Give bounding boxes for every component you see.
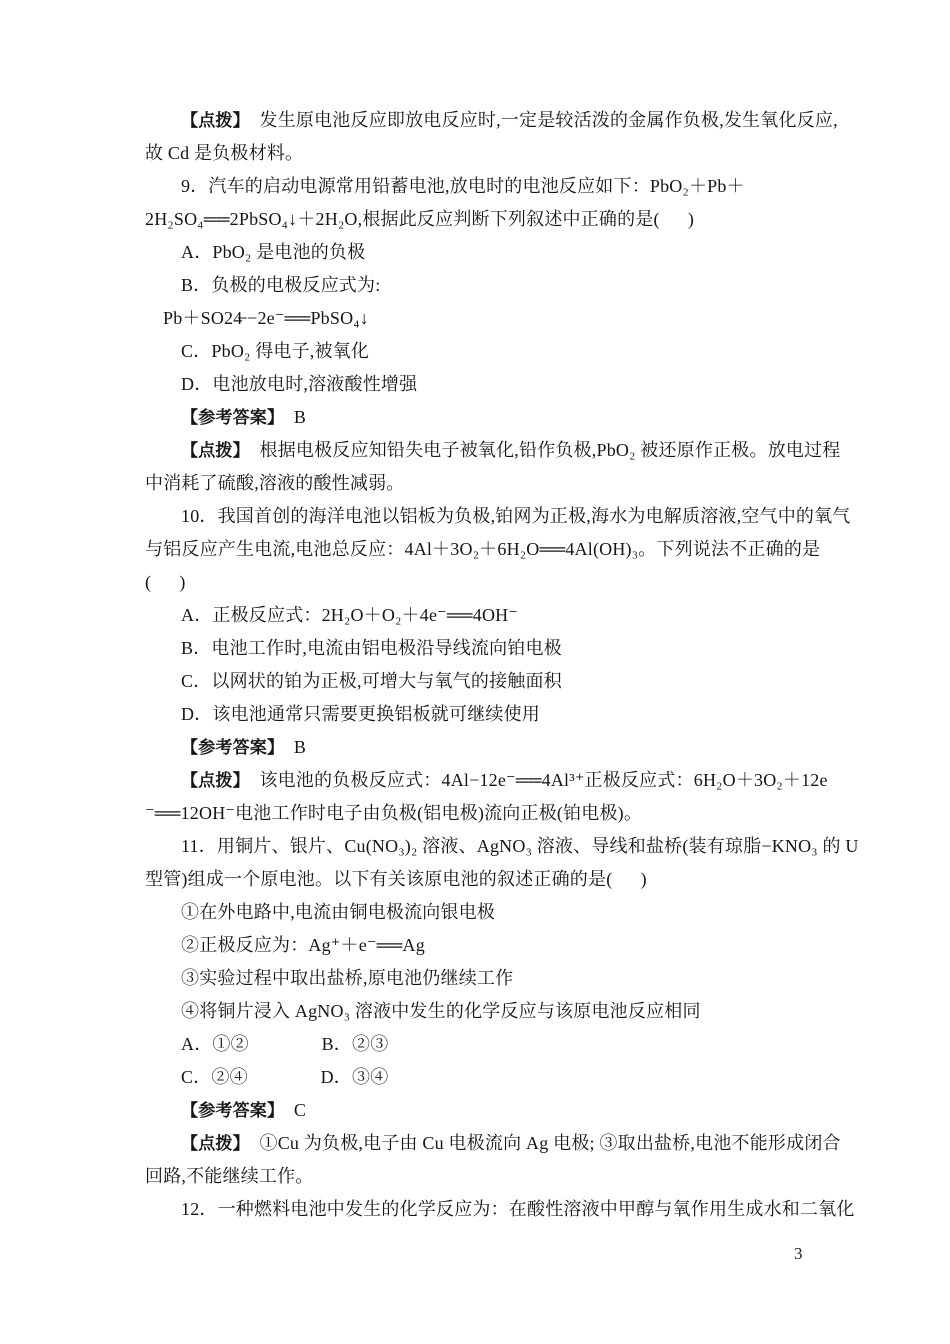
emphasis-label: 【参考答案】: [181, 1101, 276, 1121]
emphasis-label: 【点拨】: [181, 441, 241, 461]
text-run: A．PbO₂ 是电池的负极: [181, 242, 365, 262]
emphasis-label: 【点拨】: [181, 1134, 241, 1154]
emphasis-label: 【参考答案】: [181, 408, 276, 428]
text-line: 2H₂SO₄══2PbSO₄↓＋2H₂O,根据此反应判断下列叙述中正确的是( ): [145, 203, 885, 236]
emphasis-label: 【点拨】: [181, 111, 241, 131]
text-run: 2H₂SO₄══2PbSO₄↓＋2H₂O,根据此反应判断下列叙述中正确的是( ): [145, 209, 694, 229]
text-line: B．负极的电极反应式为:: [145, 269, 885, 302]
text-line: 【点拨】 ①Cu 为负极,电子由 Cu 电极流向 Ag 电极; ③取出盐桥,电池…: [145, 1127, 885, 1160]
text-run: B: [276, 737, 306, 757]
text-run: ⁻══12OH⁻电池工作时电子由负极(铝电极)流向正极(铂电极)。: [145, 803, 642, 823]
text-line: 中消耗了硫酸,溶液的酸性减弱。: [145, 467, 885, 500]
text-run: ①在外电路中,电流由铜电极流向银电极: [181, 902, 495, 922]
text-run: B: [276, 407, 306, 427]
text-line: ①在外电路中,电流由铜电极流向银电极: [145, 896, 885, 929]
text-line: Pb＋SO24̶ −2e⁻══PbSO₄↓: [145, 302, 885, 335]
text-run: 回路,不能继续工作。: [145, 1166, 314, 1186]
text-run: ②正极反应为：Ag⁺＋e⁻══Ag: [181, 935, 425, 955]
document-page: 【点拨】 发生原电池反应即放电反应时,一定是较活泼的金属作负极,发生氧化反应,故…: [0, 0, 950, 1344]
emphasis-label: 【点拨】: [181, 771, 241, 791]
text-run: ④将铜片浸入 AgNO₃ 溶液中发生的化学反应与该原电池反应相同: [181, 1001, 701, 1021]
text-line: 回路,不能继续工作。: [145, 1160, 885, 1193]
text-run: D．该电池通常只需要更换铝板就可继续使用: [181, 704, 540, 724]
text-run: 与铝反应产生电流,电池总反应：4Al＋3O₂＋6H₂O══4Al(OH)₃。下列…: [145, 539, 820, 559]
text-run: D．电池放电时,溶液酸性增强: [181, 374, 417, 394]
text-run: B．负极的电极反应式为:: [181, 275, 380, 295]
document-lines: 【点拨】 发生原电池反应即放电反应时,一定是较活泼的金属作负极,发生氧化反应,故…: [145, 104, 885, 1226]
text-line: D．电池放电时,溶液酸性增强: [145, 368, 885, 401]
text-line: A．①② B．②③: [145, 1028, 885, 1061]
emphasis-label: 【参考答案】: [181, 738, 276, 758]
text-run: 中消耗了硫酸,溶液的酸性减弱。: [145, 473, 405, 493]
text-line: A．正极反应式：2H₂O＋O₂＋4e⁻══4OH⁻: [145, 599, 885, 632]
text-run: 该电池的负极反应式：4Al−12e⁻══4Al³⁺正极反应式：6H₂O＋3O₂＋…: [241, 770, 827, 790]
text-line: ( ): [145, 566, 885, 599]
text-run: 故 Cd 是负极材料。: [145, 143, 303, 163]
text-line: 【点拨】 根据电极反应知铅失电子被氧化,铅作负极,PbO₂ 被还原作正极。放电过…: [145, 434, 885, 467]
text-line: A．PbO₂ 是电池的负极: [145, 236, 885, 269]
text-line: 9．汽车的启动电源常用铅蓄电池,放电时的电池反应如下：PbO₂＋Pb＋: [145, 170, 885, 203]
text-run: ③实验过程中取出盐桥,原电池仍继续工作: [181, 968, 513, 988]
text-run: C: [276, 1100, 306, 1120]
text-line: C．②④ D．③④: [145, 1061, 885, 1094]
text-line: 【参考答案】 C: [145, 1094, 885, 1127]
text-run: 12．一种燃料电池中发生的化学反应为：在酸性溶液中甲醇与氧作用生成水和二氧化: [181, 1199, 855, 1219]
text-line: D．该电池通常只需要更换铝板就可继续使用: [145, 698, 885, 731]
text-line: ⁻══12OH⁻电池工作时电子由负极(铝电极)流向正极(铂电极)。: [145, 797, 885, 830]
text-run: A．①② B．②③: [181, 1034, 388, 1054]
text-run: A．正极反应式：2H₂O＋O₂＋4e⁻══4OH⁻: [181, 605, 518, 625]
text-line: 12．一种燃料电池中发生的化学反应为：在酸性溶液中甲醇与氧作用生成水和二氧化: [145, 1193, 885, 1226]
text-line: 故 Cd 是负极材料。: [145, 137, 885, 170]
text-run: C．PbO₂ 得电子,被氧化: [181, 341, 369, 361]
text-line: 【参考答案】 B: [145, 401, 885, 434]
text-line: ②正极反应为：Ag⁺＋e⁻══Ag: [145, 929, 885, 962]
text-run: 9．汽车的启动电源常用铅蓄电池,放电时的电池反应如下：PbO₂＋Pb＋: [181, 176, 745, 196]
text-run: Pb＋SO24̶ −2e⁻══PbSO₄↓: [163, 308, 369, 328]
text-line: 【点拨】 发生原电池反应即放电反应时,一定是较活泼的金属作负极,发生氧化反应,: [145, 104, 885, 137]
text-line: ④将铜片浸入 AgNO₃ 溶液中发生的化学反应与该原电池反应相同: [145, 995, 885, 1028]
text-line: C．PbO₂ 得电子,被氧化: [145, 335, 885, 368]
text-run: 型管)组成一个原电池。以下有关该原电池的叙述正确的是( ): [145, 869, 647, 889]
text-line: 11．用铜片、银片、Cu(NO₃)₂ 溶液、AgNO₃ 溶液、导线和盐桥(装有琼…: [145, 830, 885, 863]
text-run: 11．用铜片、银片、Cu(NO₃)₂ 溶液、AgNO₃ 溶液、导线和盐桥(装有琼…: [181, 836, 859, 856]
text-run: ①Cu 为负极,电子由 Cu 电极流向 Ag 电极; ③取出盐桥,电池不能形成闭…: [241, 1133, 840, 1153]
text-line: 【参考答案】 B: [145, 731, 885, 764]
text-line: 与铝反应产生电流,电池总反应：4Al＋3O₂＋6H₂O══4Al(OH)₃。下列…: [145, 533, 885, 566]
text-run: 发生原电池反应即放电反应时,一定是较活泼的金属作负极,发生氧化反应,: [241, 110, 838, 130]
text-line: 型管)组成一个原电池。以下有关该原电池的叙述正确的是( ): [145, 863, 885, 896]
text-run: 10．我国首创的海洋电池以铝板为负极,铂网为正极,海水为电解质溶液,空气中的氧气: [181, 506, 851, 526]
text-run: 根据电极反应知铅失电子被氧化,铅作负极,PbO₂ 被还原作正极。放电过程: [241, 440, 840, 460]
text-run: C．以网状的铂为正极,可增大与氧气的接触面积: [181, 671, 562, 691]
text-run: B．电池工作时,电流由铝电极沿导线流向铂电极: [181, 638, 562, 658]
text-line: 【点拨】 该电池的负极反应式：4Al−12e⁻══4Al³⁺正极反应式：6H₂O…: [145, 764, 885, 797]
text-run: ( ): [145, 572, 186, 592]
text-line: C．以网状的铂为正极,可增大与氧气的接触面积: [145, 665, 885, 698]
page-number: 3: [794, 1244, 803, 1264]
text-run: C．②④ D．③④: [181, 1067, 388, 1087]
text-line: 10．我国首创的海洋电池以铝板为负极,铂网为正极,海水为电解质溶液,空气中的氧气: [145, 500, 885, 533]
text-line: ③实验过程中取出盐桥,原电池仍继续工作: [145, 962, 885, 995]
text-line: B．电池工作时,电流由铝电极沿导线流向铂电极: [145, 632, 885, 665]
